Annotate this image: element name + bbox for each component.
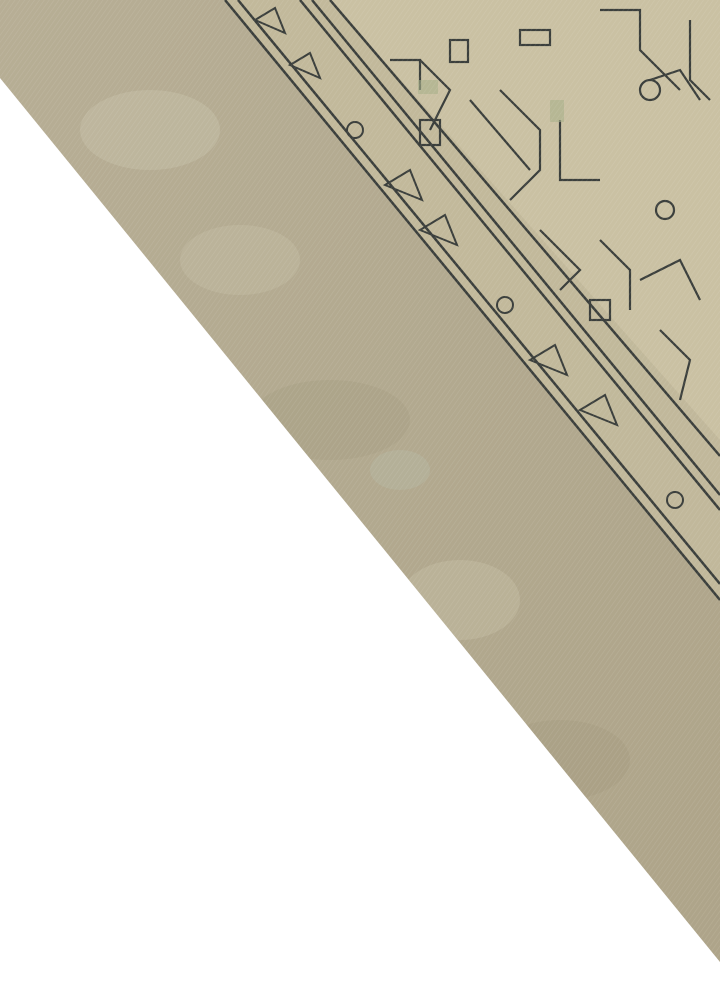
- rug-photo: [0, 0, 720, 1008]
- rug-field: [0, 0, 720, 1008]
- rug-illustration: [0, 0, 720, 1008]
